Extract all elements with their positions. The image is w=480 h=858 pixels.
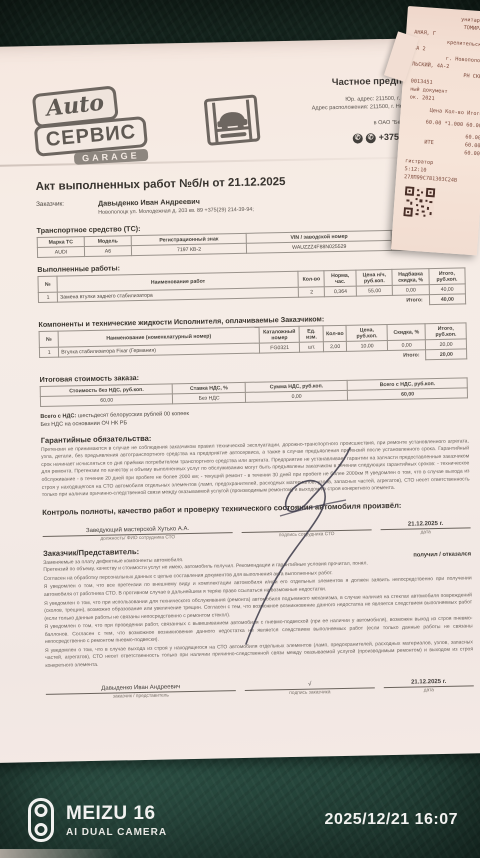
cash-receipt: унитарное ТОМИРАТ" АНАЯ, Г крепительский… <box>391 6 480 255</box>
car-lift-icon <box>201 93 264 155</box>
receipt-amount-line: 60.00 *1.000 60.00 <box>408 117 480 130</box>
works-table: № Наименование работ Кол-во Норма, час. … <box>37 267 466 313</box>
logo-garage-text: GARAGE <box>74 149 148 165</box>
control-title: Контроль полноты, качество работ и прове… <box>42 499 470 517</box>
viber-icon: ✆ <box>353 133 363 143</box>
amount-in-words: Всего с НДС: шестьдесят белорусских рубл… <box>40 404 468 429</box>
customer-label: Заказчик: <box>36 199 64 217</box>
dual-camera-icon <box>28 798 54 842</box>
customer-name: Давыденко Иван Андреевич <box>98 196 254 208</box>
photo-frame: Auto СЕРВИС GARAGE <box>0 0 480 858</box>
receipt-qr-code <box>403 186 435 218</box>
watermark-subtitle: AI DUAL CAMERA <box>66 827 167 838</box>
components-table: № Наименование (номенклатурный номер) Ка… <box>39 322 468 368</box>
watermark-timestamp: 2025/12/21 16:07 <box>325 811 458 829</box>
watermark-brand: MEIZU 16 <box>66 803 167 825</box>
sto-signature-row: Заведующий мастерской Хутько А.А. должно… <box>43 520 471 543</box>
whatsapp-icon: ✆ <box>366 133 376 143</box>
customer-address: Новополоцк ул. Молодежная д. 203 кв. 89 … <box>98 207 254 216</box>
no-vat-note: Без НДС на основании ОЧ НК РБ <box>40 421 127 429</box>
camera-watermark: MEIZU 16 AI DUAL CAMERA 2025/12/21 16:07 <box>0 788 480 858</box>
autoservice-logo: Auto СЕРВИС GARAGE <box>32 80 263 175</box>
receipt-columns-header: Цена Кол-во Итого <box>409 105 480 118</box>
customer-signature-row: Давыденко Иван Андреевич заказчик / пред… <box>46 678 474 701</box>
warranty-text: Претензии не принимаются в случае не соб… <box>41 438 470 500</box>
received-refused-label: получил / отказался <box>413 551 471 560</box>
customer-terms: Претензий по объему, качеству и стоимост… <box>43 559 473 671</box>
